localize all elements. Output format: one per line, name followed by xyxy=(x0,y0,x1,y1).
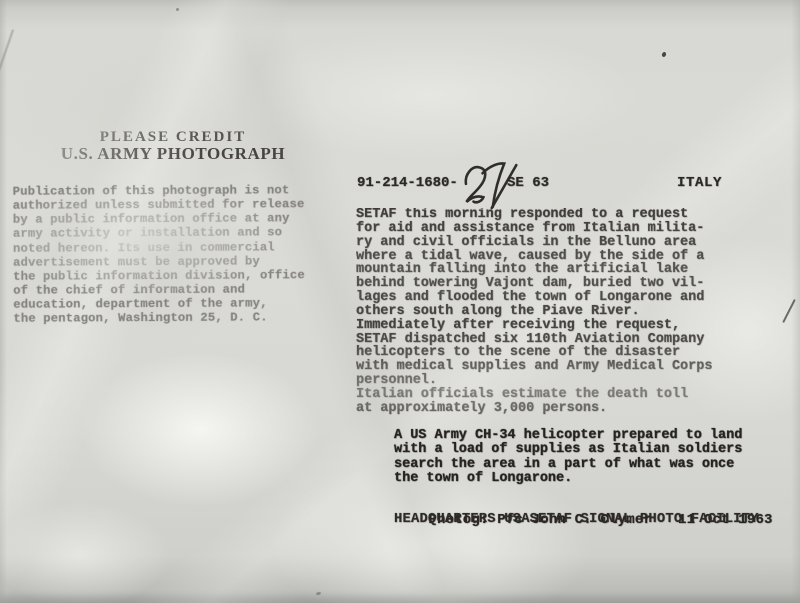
paper-speck xyxy=(661,51,666,57)
photo-number: 91-214-1680- xyxy=(357,176,458,190)
restriction-stamp: Publication of this photograph is not au… xyxy=(13,183,305,326)
paper-crease xyxy=(0,29,14,82)
pen-slash-mark xyxy=(782,299,796,323)
photo-caption-text: A US Army CH-34 helicopter prepared to l… xyxy=(394,429,742,487)
photo-number-suffix: SE 63 xyxy=(507,176,549,190)
country-label: ITALY xyxy=(677,176,722,190)
credit-stamp: PLEASE CREDIT U.S. ARMY PHOTOGRAPH xyxy=(48,130,298,162)
paper-speck xyxy=(316,591,322,595)
paper-speck xyxy=(176,8,179,11)
credit-stamp-line1: PLEASE CREDIT xyxy=(48,130,298,145)
scanned-document-page: PLEASE CREDIT U.S. ARMY PHOTOGRAPH Publi… xyxy=(0,0,800,603)
credit-stamp-line2: U.S. ARMY PHOTOGRAPH xyxy=(48,146,298,162)
unit-name-line: HEADQUARTERS USASETAF SIGNAL PHOTO FACIL… xyxy=(394,513,759,527)
caption-body-text: SETAF this morning responded to a reques… xyxy=(356,208,712,416)
